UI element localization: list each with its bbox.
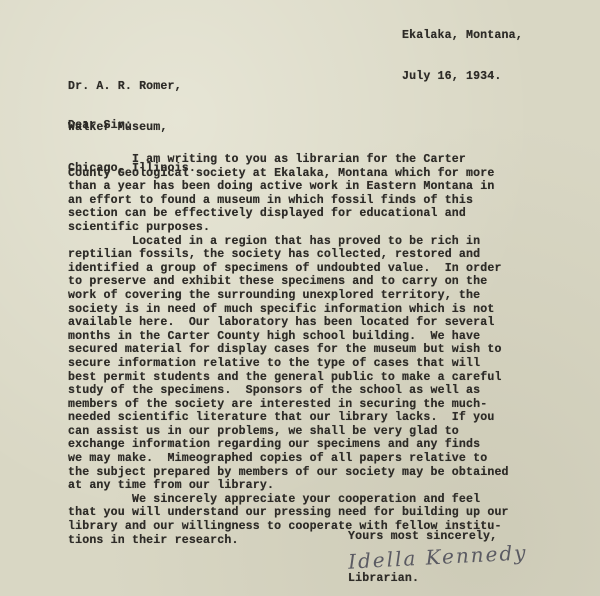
recipient-name: Dr. A. R. Romer, bbox=[68, 80, 196, 94]
place-line: Ekalaka, Montana, bbox=[402, 29, 523, 43]
salutation: Dear Sir: bbox=[68, 119, 132, 133]
body-line: the subject prepared by members of our s… bbox=[68, 466, 509, 480]
body-line: Located in a region that has proved to b… bbox=[68, 235, 509, 249]
body-line: identified a group of specimens of undou… bbox=[68, 262, 509, 276]
body-line: County Geological society at Ekalaka, Mo… bbox=[68, 167, 509, 181]
body-line: work of covering the surrounding unexplo… bbox=[68, 289, 509, 303]
body-line: we may make. Mimeographed copies of all … bbox=[68, 452, 509, 466]
body-line: reptilian fossils, the society has colle… bbox=[68, 248, 509, 262]
body-line: can assist us in our problems, we shall … bbox=[68, 425, 509, 439]
body-line: exchange information regarding our speci… bbox=[68, 438, 509, 452]
place-and-date: Ekalaka, Montana, July 16, 1934. bbox=[402, 2, 523, 111]
body-line: secure information relative to the type … bbox=[68, 357, 509, 371]
body-line: members of the society are interested in… bbox=[68, 398, 509, 412]
body-line: than a year has been doing active work i… bbox=[68, 180, 509, 194]
body-line: I am writing to you as librarian for the… bbox=[68, 153, 509, 167]
closing: Yours most sincerely, bbox=[348, 530, 497, 544]
body-line: at any time from our library. bbox=[68, 479, 509, 493]
letter-body: I am writing to you as librarian for the… bbox=[68, 153, 509, 547]
body-line: months in the Carter County high school … bbox=[68, 330, 509, 344]
body-line: section can be effectively displayed for… bbox=[68, 207, 509, 221]
letter-page: Ekalaka, Montana, July 16, 1934. Dr. A. … bbox=[0, 0, 600, 596]
body-line: scientific purposes. bbox=[68, 221, 509, 235]
body-line: secured material for display cases for t… bbox=[68, 343, 509, 357]
body-line: needed scientific literature that our li… bbox=[68, 411, 509, 425]
body-line: an effort to found a museum in which fos… bbox=[68, 194, 509, 208]
body-line: best permit students and the general pub… bbox=[68, 371, 509, 385]
body-line: We sincerely appreciate your cooperation… bbox=[68, 493, 509, 507]
body-line: society is in need of much specific info… bbox=[68, 303, 509, 317]
body-line: study of the specimens. Sponsors of the … bbox=[68, 384, 509, 398]
body-line: to preserve and exhibit these specimens … bbox=[68, 275, 509, 289]
body-line: that you will understand our pressing ne… bbox=[68, 506, 509, 520]
body-line: available here. Our laboratory has been … bbox=[68, 316, 509, 330]
date-line: July 16, 1934. bbox=[402, 70, 523, 84]
signer-title: Librarian. bbox=[348, 572, 419, 586]
